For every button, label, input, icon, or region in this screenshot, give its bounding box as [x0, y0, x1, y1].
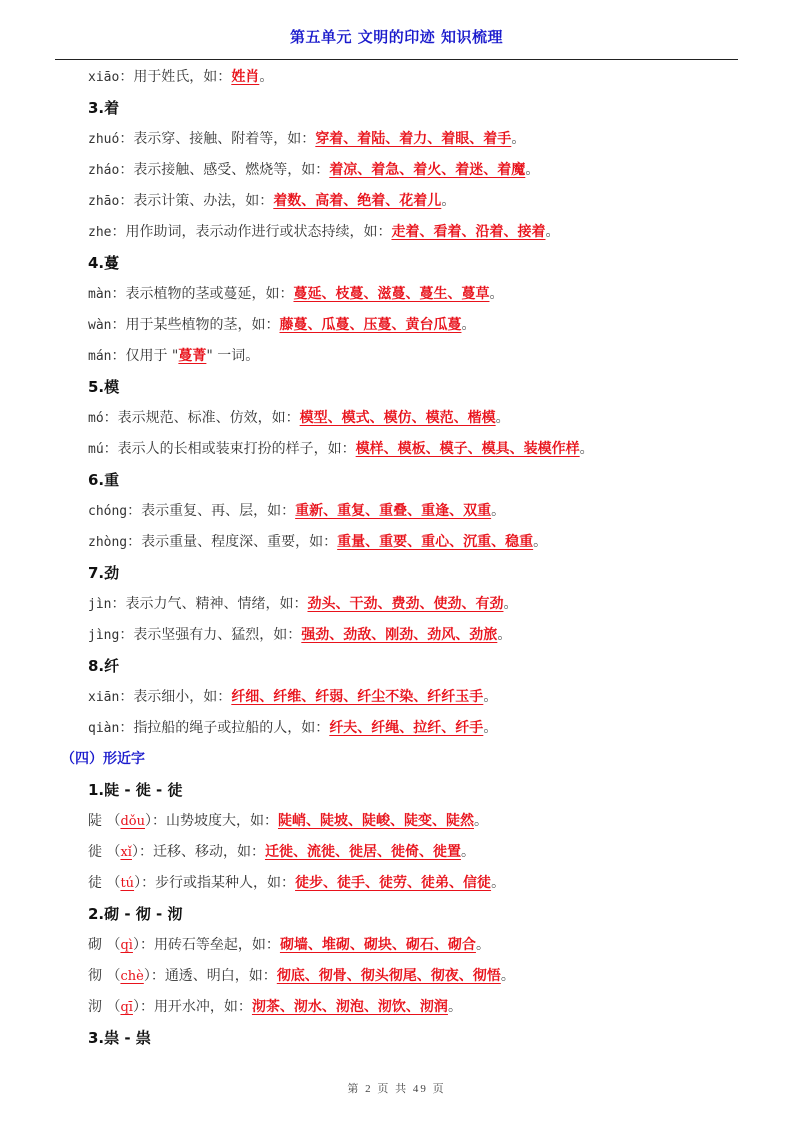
close-paren: ） [144, 968, 151, 984]
example-words: 蔓延、枝蔓、滋蔓、蔓生、蔓草 [293, 286, 489, 302]
definition: 用于某些植物的茎，如： [125, 317, 279, 333]
colon: ： [111, 286, 125, 302]
similar-char-entry: 徒 （tú）：步行或指某种人，如：徒步、徒手、徒劳、徒弟、信徒。 [88, 868, 748, 899]
colon: ： [119, 131, 133, 147]
close-paren: ） [133, 937, 140, 953]
pronunciation-entry: qiàn：指拉船的绳子或拉船的人，如：纤夫、纤绳、拉纤、纤手。 [88, 713, 748, 744]
period: 。 [491, 875, 505, 891]
colon: ： [119, 69, 133, 85]
definition: 步行或指某种人，如： [155, 875, 295, 891]
example-words: 蔓菁 [178, 348, 206, 364]
pronunciation-entry: zhe：用作助词，表示动作进行或状态持续，如：走着、看着、沿着、接着。 [88, 217, 748, 248]
example-words: 沏茶、沏水、沏泡、沏饮、沏润 [252, 999, 448, 1015]
character: 彻 [88, 968, 102, 984]
entry-heading: 3.着 [88, 93, 748, 124]
entry-heading: 5.模 [88, 372, 748, 403]
period: 。 [545, 224, 559, 240]
pinyin: qiàn [88, 721, 119, 736]
colon: ： [119, 720, 133, 736]
pronunciation-entry: wàn：用于某些植物的茎，如：藤蔓、瓜蔓、压蔓、黄台瓜蔓。 [88, 310, 748, 341]
colon: ： [111, 317, 125, 333]
entry-heading: 6.重 [88, 465, 748, 496]
definition: 用作助词，表示动作进行或状态持续，如： [125, 224, 391, 240]
colon: ： [104, 410, 118, 426]
definition: 仅用于 " [125, 348, 178, 364]
period: 。 [476, 937, 490, 953]
similar-char-entry: 徙 （xǐ）：迁移、移动，如：迁徙、流徙、徙居、徙倚、徙置。 [88, 837, 748, 868]
example-words: 迁徙、流徙、徙居、徙倚、徙置 [265, 844, 461, 860]
pronunciation-entry: jìng：表示坚强有力、猛烈，如：强劲、劲敌、刚劲、劲风、劲旅。 [88, 620, 748, 651]
period: 。 [489, 286, 503, 302]
close-paren: ） [134, 875, 141, 891]
example-words: 砌墙、堆砌、砌块、砌石、砌合 [280, 937, 476, 953]
pinyin: wàn [88, 318, 111, 333]
definition: 表示重复、再、层，如： [141, 503, 295, 519]
pinyin: xiāo [88, 70, 119, 85]
open-paren: （ [106, 813, 120, 829]
pinyin: jìng [88, 628, 119, 643]
document-body: xiāo：用于姓氏，如：姓肖。3.着zhuó：表示穿、接触、附着等，如：穿着、着… [88, 62, 748, 1054]
pinyin: qī [120, 1000, 132, 1015]
period: 。 [441, 193, 455, 209]
pronunciation-entry: zhāo：表示计策、办法，如：着数、高着、绝着、花着儿。 [88, 186, 748, 217]
pinyin: zhāo [88, 194, 119, 209]
example-words: 重新、重复、重叠、重逢、双重 [295, 503, 491, 519]
period: 。 [483, 689, 497, 705]
pinyin: xǐ [120, 845, 132, 860]
colon: ： [141, 875, 155, 891]
definition: 表示坚强有力、猛烈，如： [133, 627, 301, 643]
definition: 表示规范、标准、仿效，如： [118, 410, 300, 426]
entry-heading: 3.祟 - 祟 [88, 1023, 748, 1054]
definition: 表示重量、程度深、重要，如： [141, 534, 337, 550]
open-paren: （ [106, 844, 120, 860]
colon: ： [127, 534, 141, 550]
similar-char-entry: 砌 （qì）：用砖石等垒起，如：砌墙、堆砌、砌块、砌石、砌合。 [88, 930, 748, 961]
example-words: 陡峭、陡坡、陡峻、陡变、陡然 [278, 813, 474, 829]
pronunciation-entry: mó：表示规范、标准、仿效，如：模型、模式、模仿、模范、楷模。 [88, 403, 748, 434]
example-words: 模样、模板、模子、模具、装模作样 [356, 441, 580, 457]
pinyin: màn [88, 287, 111, 302]
close-paren: ） [133, 999, 140, 1015]
example-words: 徒步、徒手、徒劳、徒弟、信徒 [295, 875, 491, 891]
example-words: 劲头、干劲、费劲、使劲、有劲 [307, 596, 503, 612]
pronunciation-entry: xiāo：用于姓氏，如：姓肖。 [88, 62, 748, 93]
similar-char-entry: 沏 （qī）：用开水冲，如：沏茶、沏水、沏泡、沏饮、沏润。 [88, 992, 748, 1023]
pinyin: mán [88, 349, 111, 364]
entry-heading: 8.纤 [88, 651, 748, 682]
definition: 表示植物的茎或蔓延，如： [125, 286, 293, 302]
pronunciation-entry: mán：仅用于 "蔓菁" 一词。 [88, 341, 748, 372]
definition: 表示力气、精神、情绪，如： [125, 596, 307, 612]
colon: ： [111, 224, 125, 240]
open-paren: （ [106, 968, 120, 984]
pinyin: mó [88, 411, 104, 426]
period: 。 [533, 534, 547, 550]
colon: ： [111, 596, 125, 612]
character: 陡 [88, 813, 102, 829]
pinyin: qì [120, 938, 132, 953]
colon: ： [119, 193, 133, 209]
colon: ： [119, 162, 133, 178]
period: 。 [503, 596, 517, 612]
period: 。 [525, 162, 539, 178]
definition: 迁移、移动，如： [153, 844, 265, 860]
pinyin: jìn [88, 597, 111, 612]
definition: 表示人的长相或装束打扮的样子，如： [118, 441, 356, 457]
colon: ： [127, 503, 141, 519]
period: 。 [497, 627, 511, 643]
pinyin: zhòng [88, 535, 127, 550]
similar-char-entry: 彻 （chè）：通透、明白，如：彻底、彻骨、彻头彻尾、彻夜、彻悟。 [88, 961, 748, 992]
period: 。 [448, 999, 462, 1015]
example-words: 着凉、着急、着火、着迷、着魔 [329, 162, 525, 178]
pinyin: zhuó [88, 132, 119, 147]
colon: ： [139, 844, 153, 860]
example-words: 穿着、着陆、着力、着眼、着手 [315, 131, 511, 147]
period: 。 [483, 720, 497, 736]
example-words: 强劲、劲敌、刚劲、劲风、劲旅 [301, 627, 497, 643]
colon: ： [140, 999, 154, 1015]
character: 徒 [88, 875, 102, 891]
pinyin: zhe [88, 225, 111, 240]
close-paren: ） [132, 844, 139, 860]
colon: ： [119, 627, 133, 643]
pinyin: chóng [88, 504, 127, 519]
page-number-footer: 第 2 页 共 49 页 [0, 1080, 793, 1096]
pronunciation-entry: mú：表示人的长相或装束打扮的样子，如：模样、模板、模子、模具、装模作样。 [88, 434, 748, 465]
pinyin: mú [88, 442, 104, 457]
pinyin: xiān [88, 690, 119, 705]
colon: ： [104, 441, 118, 457]
definition: 表示计策、办法，如： [133, 193, 273, 209]
period: 。 [491, 503, 505, 519]
definition: 表示细小，如： [133, 689, 231, 705]
period: 。 [461, 844, 475, 860]
page-header-title: 第五单元 文明的印迹 知识梳理 [0, 26, 793, 47]
colon: ： [140, 937, 154, 953]
example-words: 纤细、纤维、纤弱、纤尘不染、纤纤玉手 [231, 689, 483, 705]
colon: ： [151, 968, 165, 984]
pronunciation-entry: zháo：表示接触、感受、燃烧等，如：着凉、着急、着火、着迷、着魔。 [88, 155, 748, 186]
period: 。 [259, 69, 273, 85]
pronunciation-entry: zhòng：表示重量、程度深、重要，如：重量、重要、重心、沉重、稳重。 [88, 527, 748, 558]
pronunciation-entry: chóng：表示重复、再、层，如：重新、重复、重叠、重逢、双重。 [88, 496, 748, 527]
open-paren: （ [106, 937, 120, 953]
example-words: 着数、高着、绝着、花着儿 [273, 193, 441, 209]
period: 。 [474, 813, 488, 829]
example-words: 纤夫、纤绳、拉纤、纤手 [329, 720, 483, 736]
entry-heading: 4.蔓 [88, 248, 748, 279]
definition: 指拉船的绳子或拉船的人，如： [133, 720, 329, 736]
definition: 通透、明白，如： [165, 968, 277, 984]
definition: 用开水冲，如： [154, 999, 252, 1015]
pronunciation-entry: màn：表示植物的茎或蔓延，如：蔓延、枝蔓、滋蔓、蔓生、蔓草。 [88, 279, 748, 310]
colon: ： [152, 813, 166, 829]
colon: ： [111, 348, 125, 364]
character: 沏 [88, 999, 102, 1015]
close-paren: ） [145, 813, 152, 829]
section-heading: （四）形近字 [61, 744, 748, 775]
period: 。 [461, 317, 475, 333]
similar-char-entry: 陡 （dǒu）：山势坡度大，如：陡峭、陡坡、陡峻、陡变、陡然。 [88, 806, 748, 837]
pronunciation-entry: xiān：表示细小，如：纤细、纤维、纤弱、纤尘不染、纤纤玉手。 [88, 682, 748, 713]
example-words: 藤蔓、瓜蔓、压蔓、黄台瓜蔓 [279, 317, 461, 333]
character: 砌 [88, 937, 102, 953]
definition: 山势坡度大，如： [166, 813, 278, 829]
entry-heading: 2.砌 - 彻 - 沏 [88, 899, 748, 930]
header-divider [55, 59, 738, 60]
open-paren: （ [106, 999, 120, 1015]
definition: 用砖石等垒起，如： [154, 937, 280, 953]
pinyin: zháo [88, 163, 119, 178]
pronunciation-entry: zhuó：表示穿、接触、附着等，如：穿着、着陆、着力、着眼、着手。 [88, 124, 748, 155]
entry-heading: 1.陡 - 徙 - 徒 [88, 775, 748, 806]
example-words: 模型、模式、模仿、模范、楷模 [300, 410, 496, 426]
entry-heading: 7.劲 [88, 558, 748, 589]
open-paren: （ [106, 875, 120, 891]
pronunciation-entry: jìn：表示力气、精神、情绪，如：劲头、干劲、费劲、使劲、有劲。 [88, 589, 748, 620]
definition: 用于姓氏，如： [133, 69, 231, 85]
pinyin: chè [120, 969, 143, 984]
example-words: 彻底、彻骨、彻头彻尾、彻夜、彻悟 [277, 968, 501, 984]
character: 徙 [88, 844, 102, 860]
period: 。 [501, 968, 515, 984]
pinyin: tú [120, 876, 134, 891]
example-words: 走着、看着、沿着、接着 [391, 224, 545, 240]
example-words: 姓肖 [231, 69, 259, 85]
colon: ： [119, 689, 133, 705]
period: 。 [511, 131, 525, 147]
definition-tail: " 一词。 [206, 348, 259, 364]
definition: 表示接触、感受、燃烧等，如： [133, 162, 329, 178]
period: 。 [496, 410, 510, 426]
example-words: 重量、重要、重心、沉重、稳重 [337, 534, 533, 550]
definition: 表示穿、接触、附着等，如： [133, 131, 315, 147]
pinyin: dǒu [120, 814, 145, 829]
period: 。 [580, 441, 594, 457]
